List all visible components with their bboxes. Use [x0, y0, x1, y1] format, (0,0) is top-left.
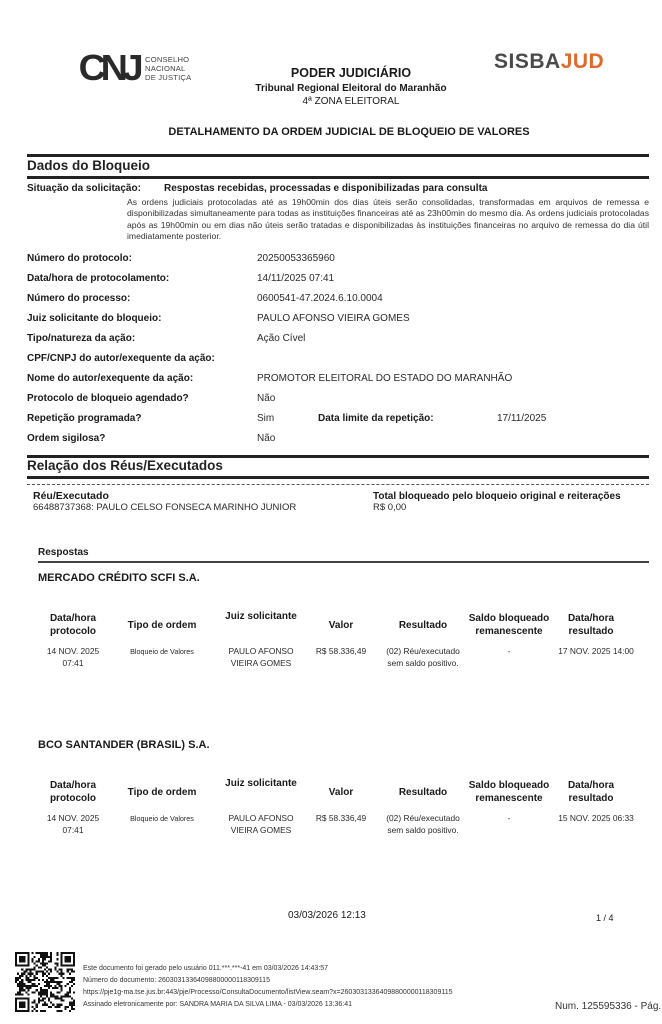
- field-label: Nome do autor/exequente da ação:: [27, 373, 193, 384]
- generated-date: 03/03/2026 12:13: [288, 910, 366, 921]
- field-value: 20250053365960: [257, 253, 335, 264]
- cell-saldo: -: [459, 646, 559, 658]
- cell-line: 14 NOV. 2025: [33, 813, 113, 825]
- cell-line: (02) Réu/executado: [378, 813, 468, 825]
- dashed-separator: [27, 484, 649, 485]
- column-header: Valor: [306, 786, 376, 799]
- cnj-line-1: CONSELHO: [145, 55, 191, 64]
- column-header: Data/hora protocolo: [43, 779, 103, 805]
- document-page-ref: Num. 125595336 - Pág.: [555, 1001, 661, 1012]
- column-header: Saldo bloqueado remanescente: [459, 612, 559, 638]
- cell-tipo: Bloqueio de Valores: [117, 813, 207, 825]
- column-header: Valor: [306, 619, 376, 632]
- cell-data-resultado: 15 NOV. 2025 06:33: [551, 813, 641, 825]
- section-rule-top: [27, 154, 649, 157]
- footer-document-link[interactable]: https://pje1g-ma.tse.jus.br:443/pje/Proc…: [83, 987, 453, 999]
- zona-name: 4ª ZONA ELEITORAL: [20, 96, 662, 107]
- situacao-value: Respostas recebidas, processadas e dispo…: [164, 183, 487, 194]
- tribunal-name: Tribunal Regional Eleitoral do Maranhão: [20, 83, 662, 94]
- field-label: Juiz solicitante do bloqueio:: [27, 313, 161, 324]
- field-value: 14/11/2025 07:41: [257, 273, 334, 284]
- qr-code-icon: [15, 952, 75, 1012]
- column-header: Tipo de ordem: [117, 786, 207, 799]
- field-value: PAULO AFONSO VIEIRA GOMES: [257, 313, 410, 324]
- page-number: 1 / 4: [596, 913, 614, 923]
- footer-document-number: Número do documento: 2603031336409880000…: [83, 975, 453, 987]
- column-header: Data/hora resultado: [561, 612, 621, 638]
- field-value: 0600541-47.2024.6.10.0004: [257, 293, 383, 304]
- respostas-rule: [38, 561, 649, 563]
- column-header: Saldo bloqueado remanescente: [459, 779, 559, 805]
- cell-tipo: Bloqueio de Valores: [117, 646, 207, 658]
- footer-generated-by: Este documento foi gerado pelo usuário 0…: [83, 963, 453, 975]
- bank-name: MERCADO CRÉDITO SCFI S.A.: [38, 572, 200, 584]
- cell-resultado: (02) Réu/executadosem saldo positivo.: [378, 646, 468, 669]
- cell-line: VIEIRA GOMES: [216, 658, 306, 670]
- column-header: Data/hora protocolo: [43, 612, 103, 638]
- cell-line: 14 NOV. 2025: [33, 646, 113, 658]
- cell-line: 07:41: [33, 658, 113, 670]
- footer-info: Este documento foi gerado pelo usuário 0…: [83, 963, 453, 1011]
- cell-valor: R$ 58.336,49: [306, 646, 376, 658]
- section-title-reus: Relação dos Réus/Executados: [27, 458, 223, 473]
- field-label: Número do processo:: [27, 293, 130, 304]
- cell-valor: R$ 58.336,49: [306, 813, 376, 825]
- respostas-title: Respostas: [38, 547, 89, 558]
- column-header: Resultado: [378, 786, 468, 799]
- cell-data-protocolo: 14 NOV. 202507:41: [33, 813, 113, 836]
- column-header: Juiz solicitante: [216, 777, 306, 790]
- column-header: Data/hora resultado: [561, 779, 621, 805]
- cell-line: 07:41: [33, 825, 113, 837]
- reu-value: 66488737368: PAULO CELSO FONSECA MARINHO…: [33, 502, 296, 513]
- document-title: DETALHAMENTO DA ORDEM JUDICIAL DE BLOQUE…: [18, 126, 662, 138]
- field-value: Não: [257, 433, 275, 444]
- situacao-label: Situação da solicitação:: [27, 183, 141, 194]
- cell-data-protocolo: 14 NOV. 202507:41: [33, 646, 113, 669]
- field-value: Sim: [257, 413, 274, 424]
- field-label: Tipo/natureza da ação:: [27, 333, 135, 344]
- field-value: Não: [257, 393, 275, 404]
- cell-line: VIEIRA GOMES: [216, 825, 306, 837]
- cell-line: sem saldo positivo.: [378, 825, 468, 837]
- cell-line: sem saldo positivo.: [378, 658, 468, 670]
- field-value: PROMOTOR ELEITORAL DO ESTADO DO MARANHÃO: [257, 373, 512, 384]
- column-header: Resultado: [378, 619, 468, 632]
- field-label: Repetição programada?: [27, 413, 141, 424]
- reu-label: Réu/Executado: [33, 490, 109, 502]
- cell-data-resultado: 17 NOV. 2025 14:00: [551, 646, 641, 658]
- cell-line: PAULO AFONSO: [216, 813, 306, 825]
- data-limite-value: 17/11/2025: [497, 413, 546, 424]
- data-limite-label: Data limite da repetição:: [318, 413, 434, 424]
- footer-signed-by: Assinado eletronicamente por: SANDRA MAR…: [83, 999, 453, 1011]
- field-label: Ordem sigilosa?: [27, 433, 105, 444]
- section-rule-bottom: [27, 176, 649, 179]
- cell-juiz: PAULO AFONSOVIEIRA GOMES: [216, 813, 306, 836]
- bank-name: BCO SANTANDER (BRASIL) S.A.: [38, 739, 210, 751]
- total-value: R$ 0,00: [373, 502, 406, 513]
- cell-line: PAULO AFONSO: [216, 646, 306, 658]
- court-name: PODER JUDICIÁRIO: [20, 66, 662, 80]
- section-title-dados: Dados do Bloqueio: [27, 158, 150, 173]
- cell-line: (02) Réu/executado: [378, 646, 468, 658]
- cell-resultado: (02) Réu/executadosem saldo positivo.: [378, 813, 468, 836]
- field-label: CPF/CNPJ do autor/exequente da ação:: [27, 353, 215, 364]
- total-label: Total bloqueado pelo bloqueio original e…: [373, 491, 621, 502]
- section-rule-bottom: [27, 476, 649, 479]
- situacao-note: As ordens judiciais protocoladas até as …: [127, 197, 649, 242]
- field-label: Protocolo de bloqueio agendado?: [27, 393, 189, 404]
- cell-juiz: PAULO AFONSOVIEIRA GOMES: [216, 646, 306, 669]
- field-label: Número do protocolo:: [27, 253, 132, 264]
- cell-saldo: -: [459, 813, 559, 825]
- field-value: Ação Cível: [257, 333, 305, 344]
- field-label: Data/hora de protocolamento:: [27, 273, 169, 284]
- column-header: Juiz solicitante: [216, 610, 306, 623]
- column-header: Tipo de ordem: [117, 619, 207, 632]
